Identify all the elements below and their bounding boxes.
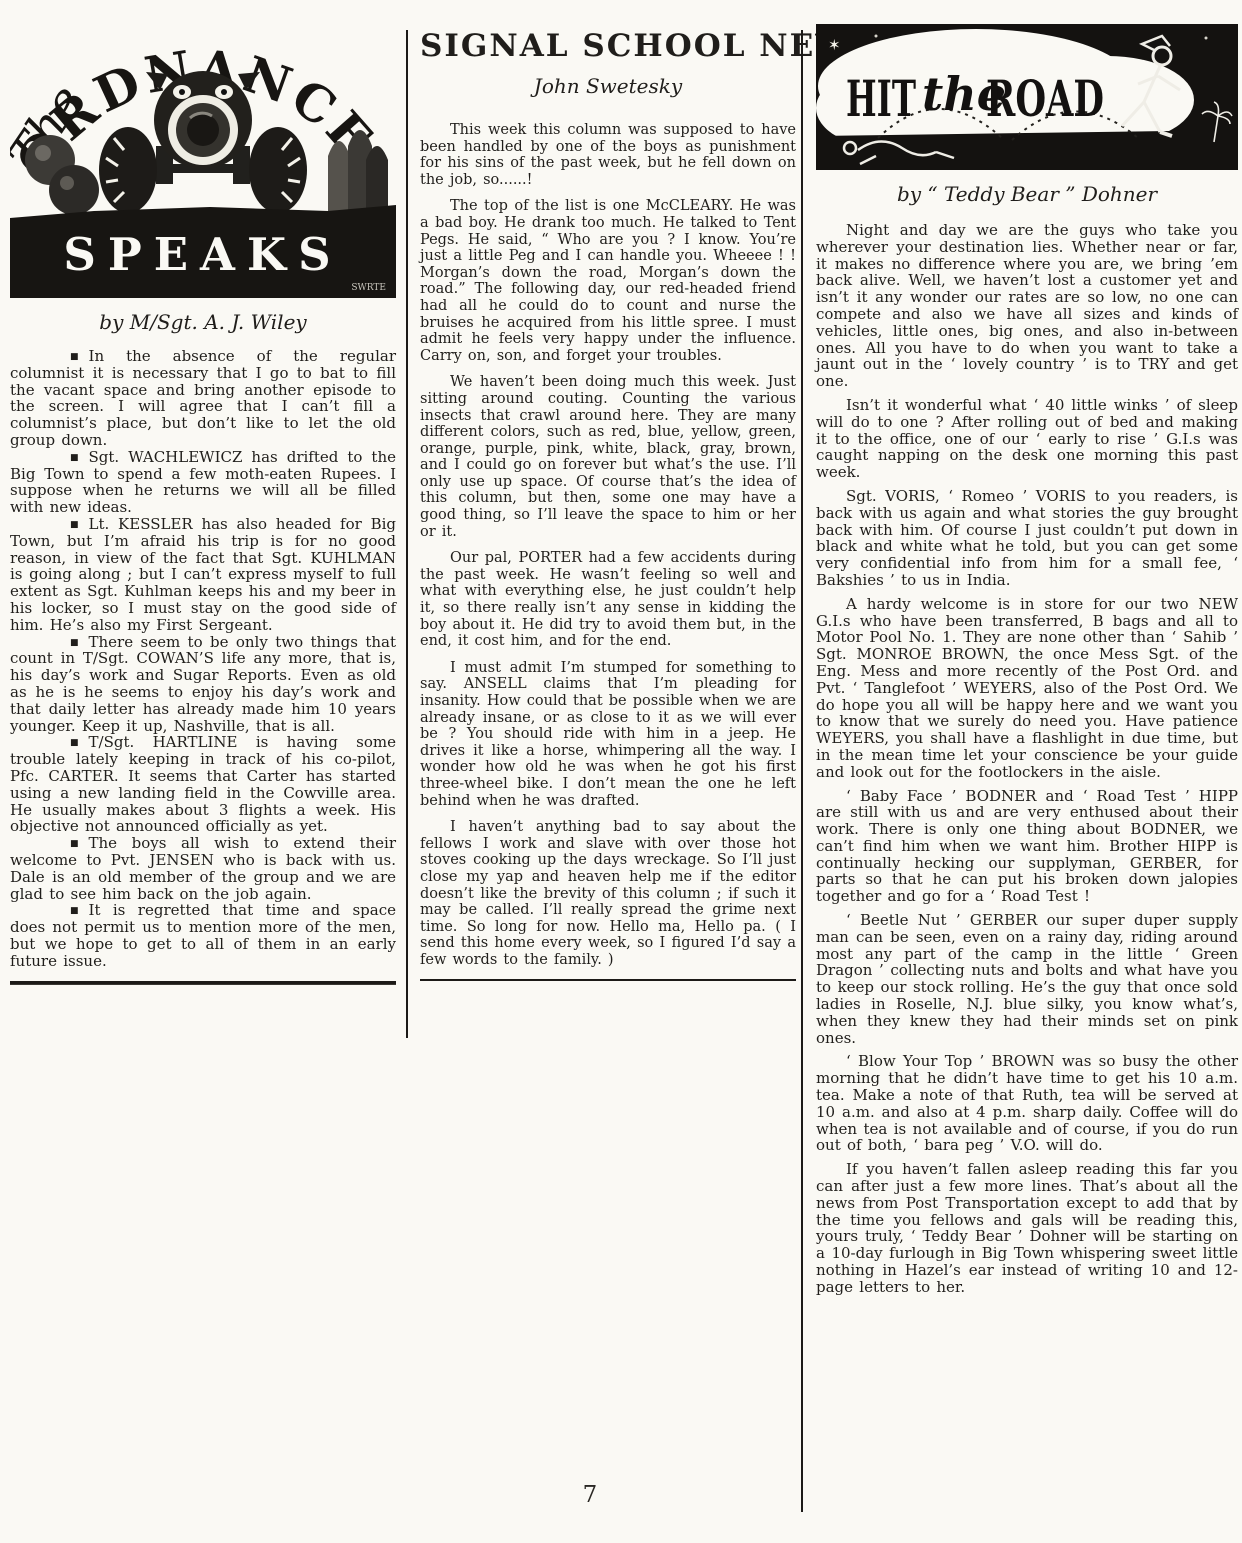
- road-paragraph-1: Night and day we are the guys who take y…: [816, 222, 1238, 390]
- signal-paragraph-2: The top of the list is one McCLEARY. He …: [420, 198, 796, 364]
- ordnance-speaks-column: The ORDNANCE: [10, 18, 396, 985]
- road-paragraph-4: A hardy welcome is in store for our two …: [816, 596, 1238, 781]
- signal-paragraph-3: We haven’t been doing much this week. Ju…: [420, 374, 796, 540]
- hit-word: HIT: [846, 69, 916, 128]
- column-bottom-rule: [420, 979, 796, 981]
- ordnance-paragraph-3: ■Lt. KESSLER has also headed for Big Tow…: [10, 516, 396, 634]
- hit-the-road-banner-art: ✶ HIT the ROAD: [816, 24, 1238, 170]
- paragraph-text: There seem to be only two things that co…: [10, 633, 396, 735]
- paragraph-text: Sgt. WACHLEWICZ has drifted to the Big T…: [10, 448, 396, 516]
- ordnance-paragraph-1: ■In the absence of the regular columnist…: [10, 348, 396, 449]
- column-bottom-rule: [10, 981, 396, 985]
- road-paragraph-5: ‘ Baby Face ’ BODNER and ‘ Road Test ’ H…: [816, 788, 1238, 906]
- ordnance-paragraph-7: ■It is regretted that time and space doe…: [10, 902, 396, 969]
- signal-paragraph-5: I must admit I’m stumped for something t…: [420, 660, 796, 809]
- column-divider: [801, 30, 803, 1512]
- ordnance-speaks-masthead-art: The ORDNANCE: [10, 18, 396, 298]
- paragraph-text: The boys all wish to extend their welcom…: [10, 834, 396, 902]
- ordnance-paragraph-6: ■The boys all wish to extend their welco…: [10, 835, 396, 902]
- signal-paragraph-1: This week this column was supposed to ha…: [420, 122, 796, 188]
- paragraph-text: Lt. KESSLER has also headed for Big Town…: [10, 515, 396, 634]
- star-icon: ✶: [828, 36, 841, 54]
- page-number: 7: [520, 1482, 660, 1508]
- speaks-word: SPEAKS: [63, 228, 342, 281]
- newspaper-page: The ORDNANCE: [0, 0, 1242, 1543]
- paragraph-text: T/Sgt. HARTLINE is having some trouble l…: [10, 733, 396, 835]
- signal-byline: John Swetesky: [420, 74, 796, 98]
- signal-school-news-title: SIGNAL SCHOOL NEWS: [420, 28, 796, 64]
- road-paragraph-7: ‘ Blow Your Top ’ BROWN was so busy the …: [816, 1053, 1238, 1154]
- road-paragraph-3: Sgt. VORIS, ‘ Romeo ’ VORIS to you reade…: [816, 488, 1238, 589]
- ordnance-byline: by M/Sgt. A. J. Wiley: [10, 310, 396, 334]
- cannonballs-icon: [25, 135, 99, 215]
- road-word: ROAD: [986, 69, 1104, 128]
- ordnance-paragraph-2: ■Sgt. WACHLEWICZ has drifted to the Big …: [10, 449, 396, 516]
- road-paragraph-2: Isn’t it wonderful what ‘ 40 little wink…: [816, 397, 1238, 481]
- speaks-ground-band: SPEAKS SWRTE: [10, 205, 396, 298]
- road-byline: by “ Teddy Bear ” Dohner: [816, 182, 1238, 206]
- column-divider: [406, 30, 408, 1038]
- signal-paragraph-4: Our pal, PORTER had a few accidents duri…: [420, 550, 796, 650]
- ordnance-paragraph-5: ■T/Sgt. HARTLINE is having some trouble …: [10, 734, 396, 835]
- road-paragraph-8: If you haven’t fallen asleep reading thi…: [816, 1161, 1238, 1295]
- ordnance-paragraph-4: ■There seem to be only two things that c…: [10, 634, 396, 735]
- signal-paragraph-6: I haven’t anything bad to say about the …: [420, 819, 796, 968]
- road-paragraph-6: ‘ Beetle Nut ’ GERBER our super duper su…: [816, 912, 1238, 1046]
- artillery-shells-icon: [328, 130, 388, 216]
- signal-school-news-column: SIGNAL SCHOOL NEWS John Swetesky This we…: [420, 24, 796, 981]
- artist-signature: SWRTE: [351, 283, 386, 293]
- paragraph-text: In the absence of the regular columnist …: [10, 347, 396, 449]
- hit-the-road-column: ✶ HIT the ROAD: [816, 24, 1238, 1303]
- paragraph-text: It is regretted that time and space does…: [10, 901, 396, 969]
